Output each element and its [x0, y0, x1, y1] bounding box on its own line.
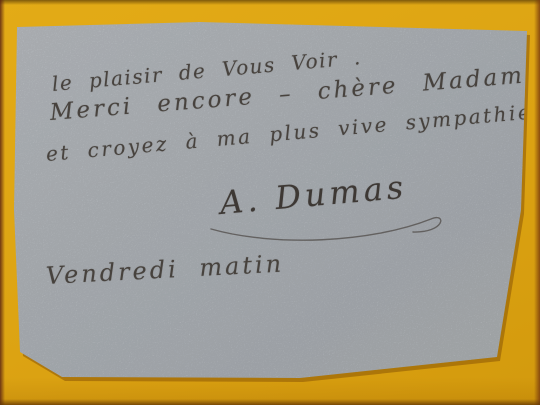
photo-edge-bottom [0, 399, 540, 405]
photo-edge-top [0, 0, 540, 5]
signature: A. Dumas [218, 168, 408, 222]
letter-photograph: le plaisir de Vous Voir . Merci encore –… [0, 0, 540, 405]
note-paper: le plaisir de Vous Voir . Merci encore –… [0, 0, 540, 405]
dateline: Vendredi matin [45, 250, 284, 290]
photo-edge-left [0, 0, 5, 405]
photo-edge-right [534, 0, 540, 405]
